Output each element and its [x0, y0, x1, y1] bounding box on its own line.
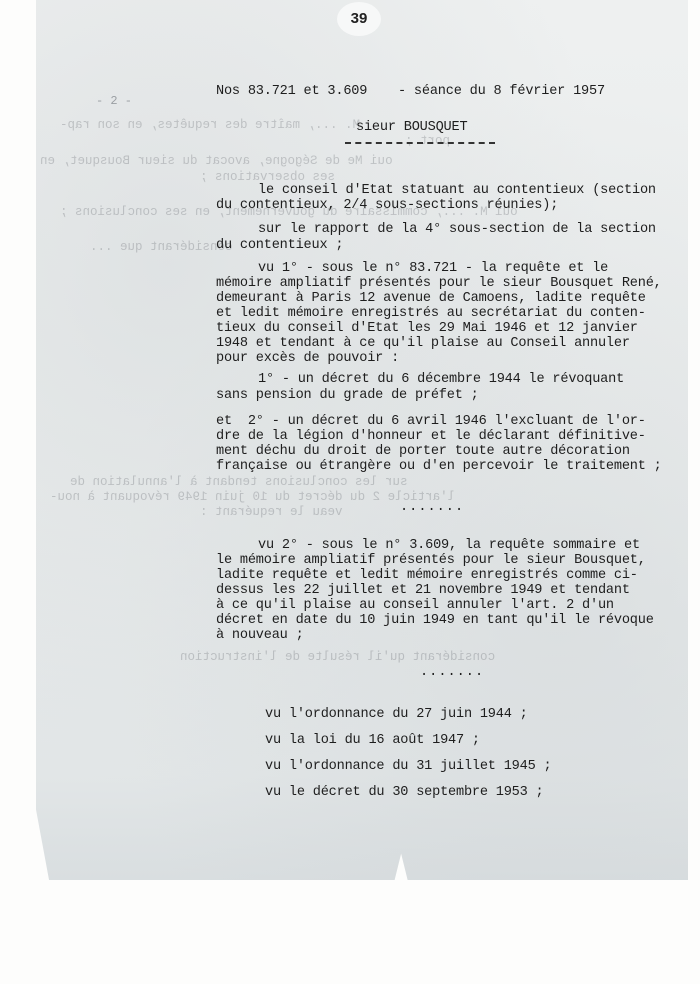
bleed-through-line: l'article 2 du décret du 10 juin 1949 ré… [50, 490, 455, 504]
visa-line: vu le décret du 30 septembre 1953 ; [265, 785, 544, 800]
ellipsis: ....... [420, 665, 484, 680]
paragraph-line: dessus les 22 juillet et 21 novembre 194… [216, 583, 630, 598]
paragraph-line: sur le rapport de la 4° sous-section de … [258, 222, 656, 237]
paragraph-line: dre de la légion d'honneur et le déclara… [216, 429, 646, 444]
bleed-through-line: considérant qu'il résulte de l'instructi… [180, 650, 495, 664]
page-marker: - 2 - [96, 94, 132, 108]
paragraph-line: pour excès de pouvoir : [216, 351, 399, 366]
paragraph-line: sans pension du grade de préfet ; [216, 388, 479, 403]
paragraph-line: mémoire ampliatif présentés pour le sieu… [216, 276, 662, 291]
paragraph-line: le mémoire ampliatif présentés pour le s… [216, 553, 646, 568]
title-underline [345, 142, 495, 144]
party-name: sieur BOUSQUET [356, 120, 467, 135]
paragraph-line: à ce qu'il plaise au conseil annuler l'a… [216, 598, 614, 613]
paragraph-line: et ledit mémoire enregistrés au secrétar… [216, 306, 646, 321]
visa-line: vu l'ordonnance du 31 juillet 1945 ; [265, 759, 551, 774]
paragraph-line: ladite requête et ledit mémoire enregist… [216, 568, 638, 583]
ellipsis: ....... [400, 500, 464, 515]
bleed-through-line: sur les conclusions tendant à l'annulati… [70, 475, 408, 489]
visa-line: vu l'ordonnance du 27 juin 1944 ; [265, 707, 528, 722]
bleed-through-line: ses observations ; [200, 170, 335, 184]
paragraph-line: du contentieux, 2/4 sous-sections réunie… [216, 198, 558, 213]
paragraph-line: vu 1° - sous le n° 83.721 - la requête e… [258, 261, 608, 276]
paragraph-line: décret en date du 10 juin 1949 en tant q… [216, 613, 654, 628]
paragraph-line: vu 2° - sous le n° 3.609, la requête som… [258, 538, 640, 553]
paragraph-line: demeurant à Paris 12 avenue de Camoens, … [216, 291, 646, 306]
paragraph-line: ment déchu du droit de porter toute autr… [216, 444, 630, 459]
case-numbers: Nos 83.721 et 3.609 [216, 84, 367, 99]
bleed-through-line: considérant que ... [90, 240, 233, 254]
paragraph-line: 1° - un décret du 6 décembre 1944 le rév… [258, 372, 624, 387]
visa-line: vu la loi du 16 août 1947 ; [265, 733, 480, 748]
folio-number: 39 [337, 2, 381, 36]
paragraph-line: tieux du conseil d'Etat les 29 Mai 1946 … [216, 321, 638, 336]
paragraph-line: du contentieux ; [216, 238, 343, 253]
paragraph-line: à nouveau ; [216, 628, 304, 643]
bleed-through-line: port ; [405, 134, 450, 148]
paragraph-line: 1948 et tendant à ce qu'il plaise au Con… [216, 336, 630, 351]
paragraph-line: le conseil d'Etat statuant au contentieu… [258, 183, 656, 198]
paragraph-line: et 2° - un décret du 6 avril 1946 l'excl… [216, 414, 646, 429]
paragraph-line: française ou étrangère ou d'en percevoir… [216, 459, 662, 474]
bleed-through-line: oui Me de Ségogne, avocat du sieur Bousq… [40, 154, 393, 168]
bleed-through-line: M. ..., maître des requêtes, en son rap- [60, 118, 360, 132]
bleed-through-line: veau le requérant : [200, 505, 343, 519]
session-date: - séance du 8 février 1957 [398, 84, 605, 99]
